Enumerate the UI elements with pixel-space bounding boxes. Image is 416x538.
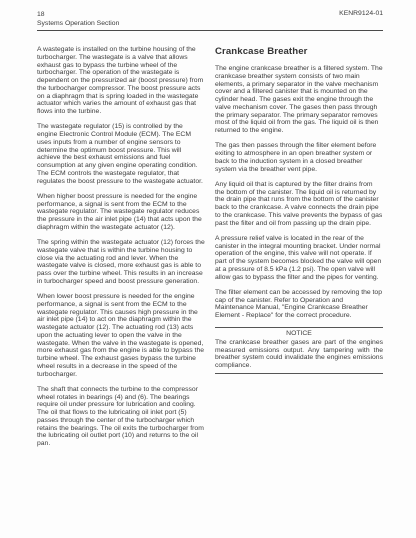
right-column: Crankcase Breather The engine crankcase … xyxy=(215,46,383,455)
paragraph: When higher boost pressure is needed for… xyxy=(37,193,205,232)
paragraph: A wastegate is installed on the turbine … xyxy=(37,46,205,116)
doc-number: KENR9124-01 xyxy=(339,10,383,17)
paragraph: The filter element can be accessed by re… xyxy=(215,289,383,320)
header-divider xyxy=(37,30,383,31)
notice-body: The crankcase breather gases are part of… xyxy=(215,339,383,370)
paragraph: When lower boost pressure is needed for … xyxy=(37,293,205,378)
page-number: 18 xyxy=(37,10,119,19)
notice-box: NOTICE The crankcase breather gases are … xyxy=(215,327,383,374)
paragraph: Any liquid oil that is captured by the f… xyxy=(215,181,383,228)
content-columns: A wastegate is installed on the turbine … xyxy=(37,46,383,455)
paragraph: The engine crankcase breather is a filte… xyxy=(215,65,383,135)
paragraph: The wastegate regulator (15) is controll… xyxy=(37,123,205,185)
paragraph: A pressure relief valve is located in th… xyxy=(215,235,383,282)
header-left: 18 Systems Operation Section xyxy=(37,10,119,28)
section-title: Systems Operation Section xyxy=(37,19,119,28)
manual-page: 18 Systems Operation Section KENR9124-01… xyxy=(0,0,416,538)
section-heading: Crankcase Breather xyxy=(215,46,383,57)
paragraph: The gas then passes through the filter e… xyxy=(215,142,383,173)
left-column: A wastegate is installed on the turbine … xyxy=(37,46,205,455)
paragraph: The shaft that connects the turbine to t… xyxy=(37,386,205,448)
notice-title: NOTICE xyxy=(215,330,383,337)
page-header: 18 Systems Operation Section KENR9124-01 xyxy=(37,10,383,31)
paragraph: The spring within the wastegate actuator… xyxy=(37,239,205,286)
